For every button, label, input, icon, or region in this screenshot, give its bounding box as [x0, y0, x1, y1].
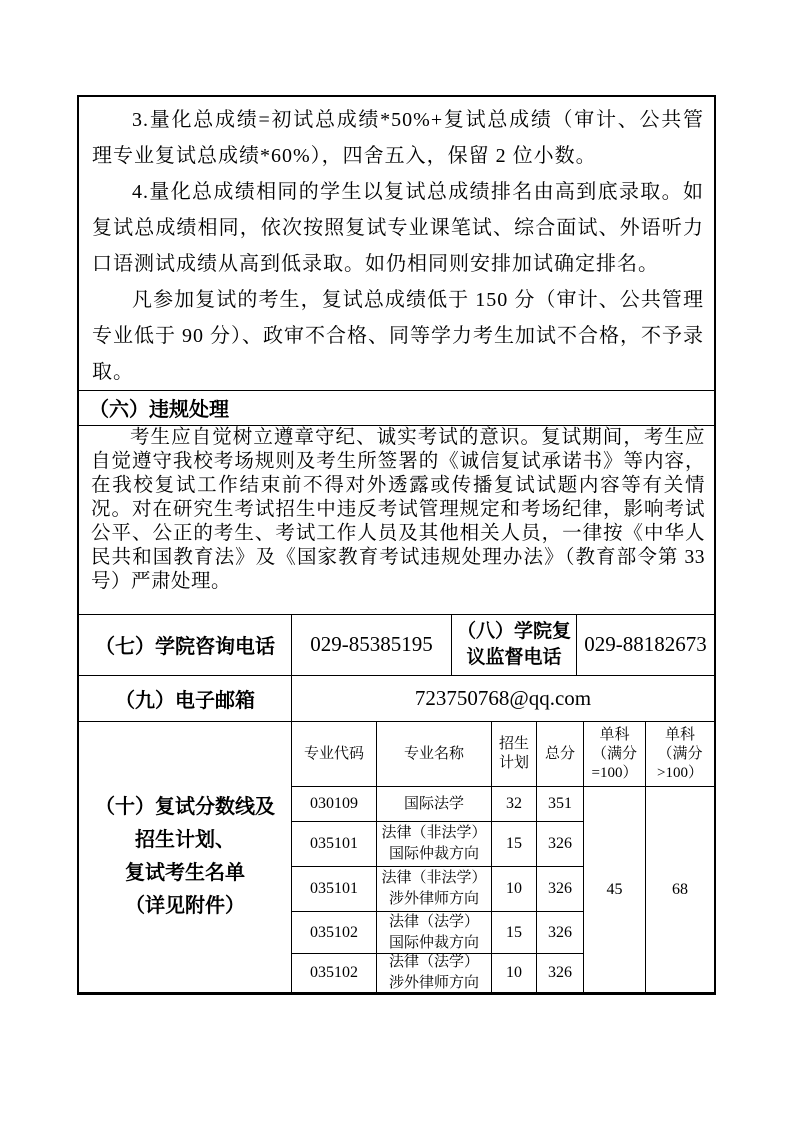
score-table: 专业代码 专业名称 招生 计划 总分 单科 （满分 =100） 单科 （满分 >… — [292, 722, 714, 992]
violation-body-cell: 考生应自觉树立遵章守纪、诚实考试的意识。复试期间，考生应自觉遵守我校考场规则及考… — [79, 426, 714, 616]
score-header-total: 总分 — [537, 722, 584, 787]
score-header-single-over-100: 单科 （满分 >100） — [646, 722, 714, 787]
score-header-code: 专业代码 — [292, 722, 377, 787]
appeal-phone-label: （八）学院复 议监督电话 — [452, 615, 577, 674]
email-label: （九）电子邮箱 — [79, 676, 292, 721]
violation-section-heading-cell: （六）违规处理 — [79, 391, 714, 426]
score-cell-plan: 15 — [492, 822, 537, 867]
score-cell-code: 035101 — [292, 822, 377, 867]
score-cell-code: 030109 — [292, 787, 377, 822]
score-cell-name: 国际法学 — [377, 787, 492, 822]
consult-phone-label: （七）学院咨询电话 — [79, 615, 292, 674]
document-page: 3.量化总成绩=初试总成绩*50%+复试总成绩（审计、公共管理专业复试总成绩*6… — [0, 0, 793, 1122]
violation-section-title: （六）违规处理 — [89, 393, 229, 422]
score-single-over-100-value: 68 — [646, 787, 714, 992]
contact-phones-row: （七）学院咨询电话 029-85385195 （八）学院复 议监督电话 029-… — [79, 615, 714, 675]
score-section-label: （十）复试分数线及 招生计划、 复试考生名单 （详见附件） — [79, 722, 292, 992]
score-cell-code: 035102 — [292, 954, 377, 992]
score-cell-plan: 15 — [492, 912, 537, 954]
consult-phone-number: 029-85385195 — [292, 615, 452, 674]
score-cell-name: 法律（非法学） 国际仲裁方向 — [377, 822, 492, 867]
score-cell-total: 326 — [537, 954, 584, 992]
rule-paragraph-5: 凡参加复试的考生，复试总成绩低于 150 分（审计、公共管理专业低于 90 分）… — [92, 282, 704, 390]
score-cell-total: 326 — [537, 912, 584, 954]
score-cell-total: 326 — [537, 822, 584, 867]
score-cell-name: 法律（法学） 国际仲裁方向 — [377, 912, 492, 954]
score-cell-plan: 10 — [492, 954, 537, 992]
score-header-plan: 招生 计划 — [492, 722, 537, 787]
scoring-rules-cell: 3.量化总成绩=初试总成绩*50%+复试总成绩（审计、公共管理专业复试总成绩*6… — [79, 97, 714, 391]
score-cell-name: 法律（非法学） 涉外律师方向 — [377, 867, 492, 912]
score-cell-name: 法律（法学） 涉外律师方向 — [377, 954, 492, 992]
score-section-row: （十）复试分数线及 招生计划、 复试考生名单 （详见附件） 专业代码 专业名称 … — [79, 722, 714, 992]
score-header-single-100: 单科 （满分 =100） — [584, 722, 646, 787]
score-header-name: 专业名称 — [377, 722, 492, 787]
score-cell-plan: 10 — [492, 867, 537, 912]
appeal-phone-number: 029-88182673 — [577, 615, 714, 674]
score-single-100-value: 45 — [584, 787, 646, 992]
score-cell-total: 326 — [537, 867, 584, 912]
email-address: 723750768@qq.com — [292, 676, 714, 721]
violation-body-text: 考生应自觉树立遵章守纪、诚实考试的意识。复试期间，考生应自觉遵守我校考场规则及考… — [91, 426, 705, 594]
document-table: 3.量化总成绩=初试总成绩*50%+复试总成绩（审计、公共管理专业复试总成绩*6… — [77, 95, 716, 995]
score-cell-plan: 32 — [492, 787, 537, 822]
score-cell-total: 351 — [537, 787, 584, 822]
rule-paragraph-4: 4.量化总成绩相同的学生以复试总成绩排名由高到底录取。如复试总成绩相同，依次按照… — [92, 174, 704, 282]
email-row: （九）电子邮箱 723750768@qq.com — [79, 676, 714, 722]
score-cell-code: 035102 — [292, 912, 377, 954]
rule-paragraph-3: 3.量化总成绩=初试总成绩*50%+复试总成绩（审计、公共管理专业复试总成绩*6… — [92, 102, 704, 174]
score-cell-code: 035101 — [292, 867, 377, 912]
